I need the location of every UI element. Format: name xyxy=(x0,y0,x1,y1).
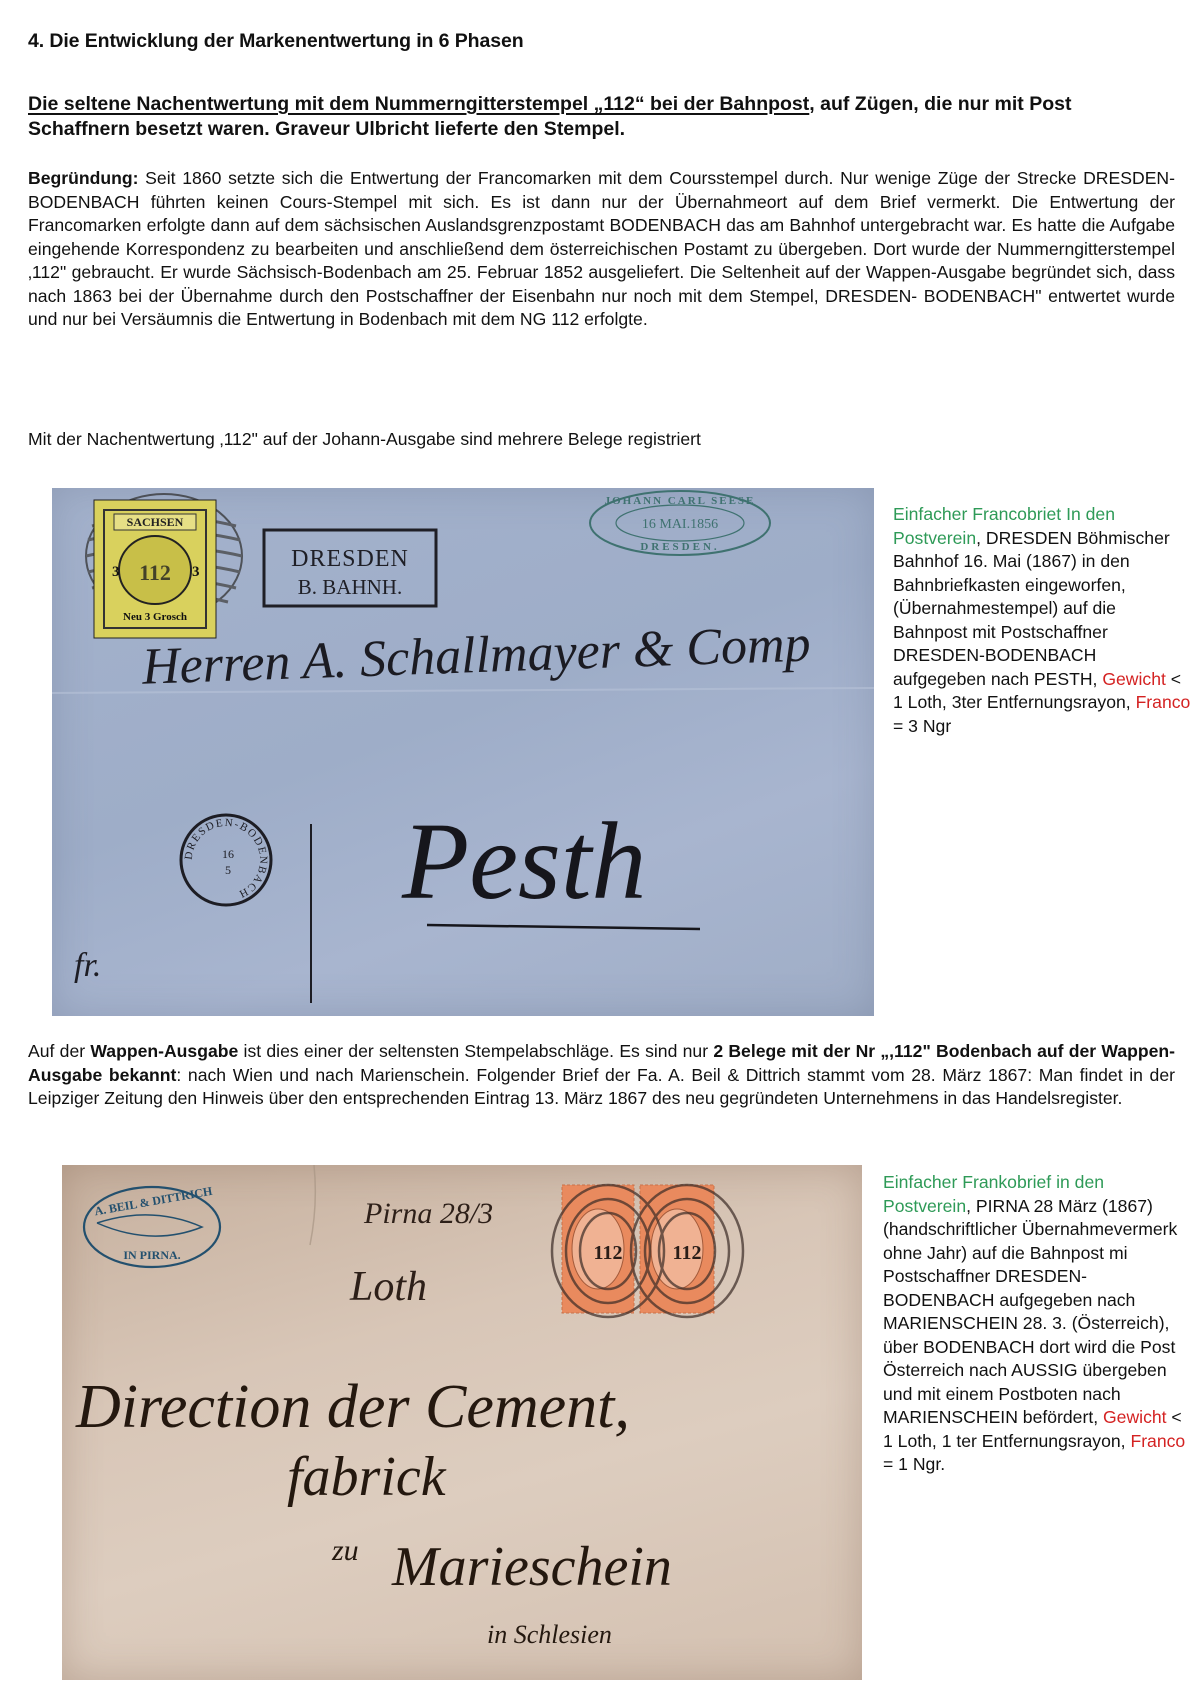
section-subtitle: Die seltene Nachentwertung mit dem Numme… xyxy=(28,92,1178,142)
svg-text:A. BEIL & DITTRICH: A. BEIL & DITTRICH xyxy=(93,1184,214,1219)
address-line-4: Marieschein xyxy=(391,1536,672,1598)
svg-text:3: 3 xyxy=(112,564,120,580)
stamp-cancel-number: 112 xyxy=(139,560,171,585)
svg-text:16 MAI.1856: 16 MAI.1856 xyxy=(642,517,718,532)
svg-text:112: 112 xyxy=(673,1242,702,1264)
handwritten-destination: Pesth xyxy=(401,800,646,922)
svg-text:IN PIRNA.: IN PIRNA. xyxy=(123,1248,180,1262)
caption-weight-label: Gewicht xyxy=(1103,1407,1167,1427)
sachsen-3-neugroschen-stamp: SACHSEN 3 3 112 Neu 3 Grosch xyxy=(94,500,216,638)
letter-image-marienschein: A. BEIL & DITTRICH IN PIRNA. Pirna 28/3 … xyxy=(62,1165,862,1680)
caption-weight-label: Gewicht xyxy=(1102,669,1166,689)
handwritten-address: Herren A. Schallmayer & Comp xyxy=(140,616,811,696)
caption-franco-label: Franco xyxy=(1130,1431,1185,1451)
dresden-bahnhof-box-cancel: DRESDEN B. BAHNH. xyxy=(264,530,436,606)
caption-letter-marienschein: Einfacher Frankobrief in den Postverein,… xyxy=(883,1171,1188,1477)
svg-text:B. BAHNH.: B. BAHNH. xyxy=(298,575,402,599)
subtitle-underlined: Die seltene Nachentwertung mit dem Numme… xyxy=(28,93,809,115)
johann-carl-seese-cachet: JOHANN CARL SEESE 16 MAI.1856 DRESDEN. xyxy=(590,491,770,555)
address-line-5: in Schlesien xyxy=(487,1620,612,1649)
manuscript-weight: Loth xyxy=(349,1264,427,1310)
svg-text:5: 5 xyxy=(225,863,231,877)
dresden-bodenbach-round-cancel: DRESDEN-BODENBACH 16 5 xyxy=(181,815,271,905)
intro-paragraph: Begründung: Seit 1860 setzte sich die En… xyxy=(28,167,1175,332)
page-title: 4. Die Entwicklung der Markenentwertung … xyxy=(28,30,524,53)
svg-text:DRESDEN: DRESDEN xyxy=(291,546,409,572)
stamp-value: Neu 3 Grosch xyxy=(123,611,187,623)
letter-pesth-artwork: SACHSEN 3 3 112 Neu 3 Grosch DRESDEN B. … xyxy=(52,488,874,1016)
beil-dittrich-cachet: A. BEIL & DITTRICH IN PIRNA. xyxy=(84,1184,220,1267)
address-line-3: zu xyxy=(331,1534,359,1567)
address-line-2: fabrick xyxy=(287,1446,447,1508)
svg-text:16: 16 xyxy=(222,847,234,861)
address-line-1: Direction der Cement, xyxy=(75,1373,630,1441)
letter-marienschein-artwork: A. BEIL & DITTRICH IN PIRNA. Pirna 28/3 … xyxy=(62,1165,862,1680)
svg-text:3: 3 xyxy=(192,564,200,580)
franco-mark: fr. xyxy=(74,947,101,984)
svg-text:112: 112 xyxy=(594,1242,623,1264)
svg-text:DRESDEN.: DRESDEN. xyxy=(640,541,719,553)
stamp-country: SACHSEN xyxy=(127,515,184,529)
caption-letter-pesth: Einfacher Francobriet In den Postverein,… xyxy=(893,503,1193,738)
caption-franco-label: Franco xyxy=(1136,692,1191,712)
wappen-stamp-pair: 112 112 xyxy=(552,1185,743,1317)
manuscript-origin: Pirna 28/3 xyxy=(363,1197,493,1230)
letter-image-pesth: SACHSEN 3 3 112 Neu 3 Grosch DRESDEN B. … xyxy=(52,488,874,1016)
intro-text: Seit 1860 setzte sich die Entwertung der… xyxy=(28,168,1175,329)
johann-note: Mit der Nachentwertung ‚112" auf der Joh… xyxy=(28,428,1175,452)
svg-text:JOHANN CARL SEESE: JOHANN CARL SEESE xyxy=(605,495,756,507)
wappen-paragraph: Auf der Wappen-Ausgabe ist dies einer de… xyxy=(28,1040,1175,1111)
intro-label: Begründung: xyxy=(28,168,138,188)
